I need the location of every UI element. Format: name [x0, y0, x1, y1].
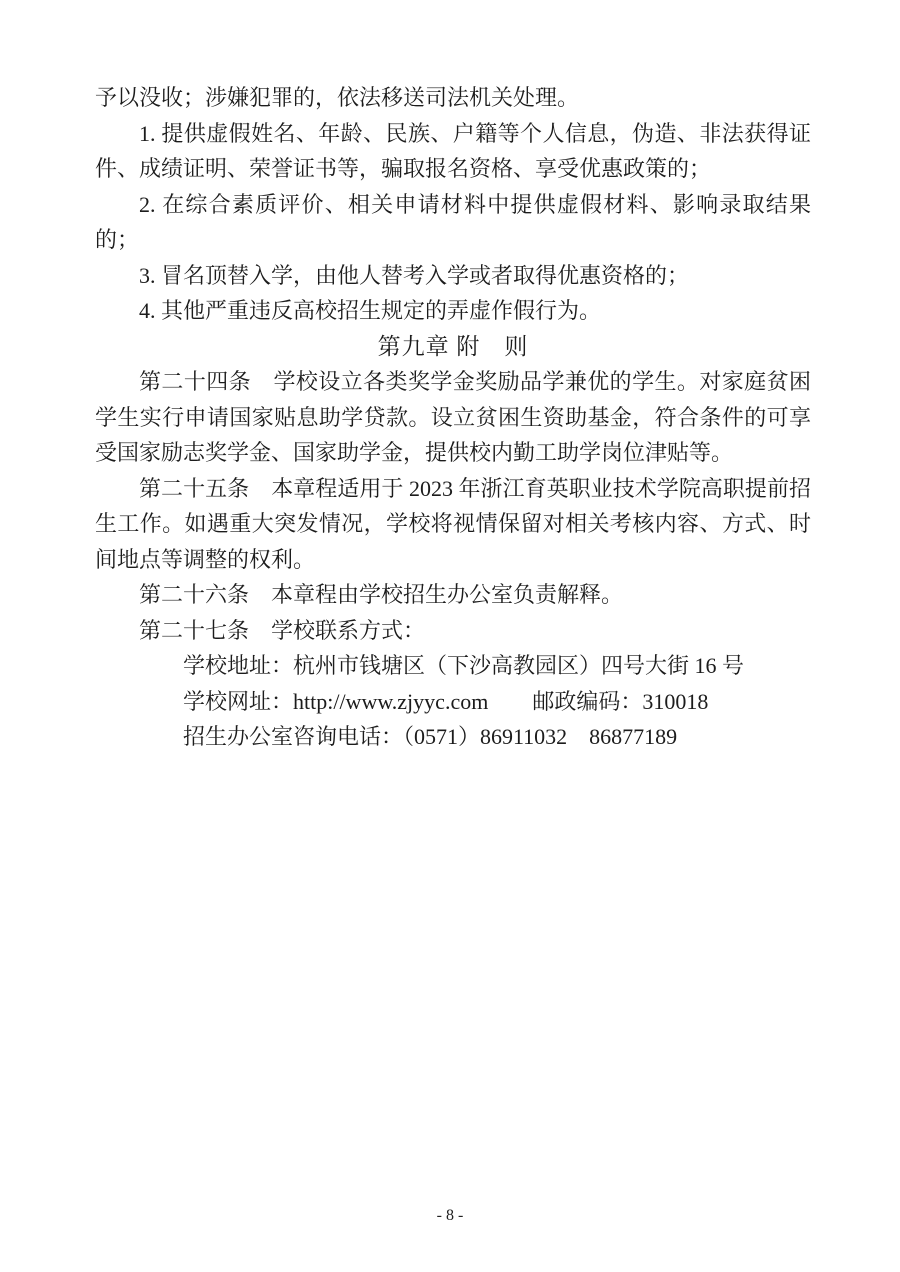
list-item-2: 2. 在综合素质评价、相关申请材料中提供虚假材料、影响录取结果的； [95, 187, 811, 258]
list-item-1: 1. 提供虚假姓名、年龄、民族、户籍等个人信息，伪造、非法获得证件、成绩证明、荣… [95, 116, 811, 187]
list-item-4: 4. 其他严重违反高校招生规定的弄虚作假行为。 [95, 293, 811, 329]
contact-phone-line: 招生办公室咨询电话：（0571）86911032 86877189 [95, 719, 811, 755]
chapter-heading: 第九章 附 则 [95, 329, 811, 365]
contact-website-line: 学校网址：http://www.zjyyc.com 邮政编码：310018 [95, 684, 811, 720]
document-page: 予以没收；涉嫌犯罪的，依法移送司法机关处理。 1. 提供虚假姓名、年龄、民族、户… [0, 0, 900, 1272]
article-24: 第二十四条 学校设立各类奖学金奖励品学兼优的学生。对家庭贫困学生实行申请国家贴息… [95, 364, 811, 471]
page-number: - 8 - [0, 1206, 900, 1226]
contact-address-line: 学校地址：杭州市钱塘区（下沙高教园区）四号大街 16 号 [95, 648, 811, 684]
article-25: 第二十五条 本章程适用于 2023 年浙江育英职业技术学院高职提前招生工作。如遇… [95, 471, 811, 578]
article-26: 第二十六条 本章程由学校招生办公室负责解释。 [95, 577, 811, 613]
document-body: 予以没收；涉嫌犯罪的，依法移送司法机关处理。 1. 提供虚假姓名、年龄、民族、户… [95, 80, 811, 755]
intro-line: 予以没收；涉嫌犯罪的，依法移送司法机关处理。 [95, 80, 811, 116]
article-27: 第二十七条 学校联系方式： [95, 613, 811, 649]
list-item-3: 3. 冒名顶替入学，由他人替考入学或者取得优惠资格的； [95, 258, 811, 294]
